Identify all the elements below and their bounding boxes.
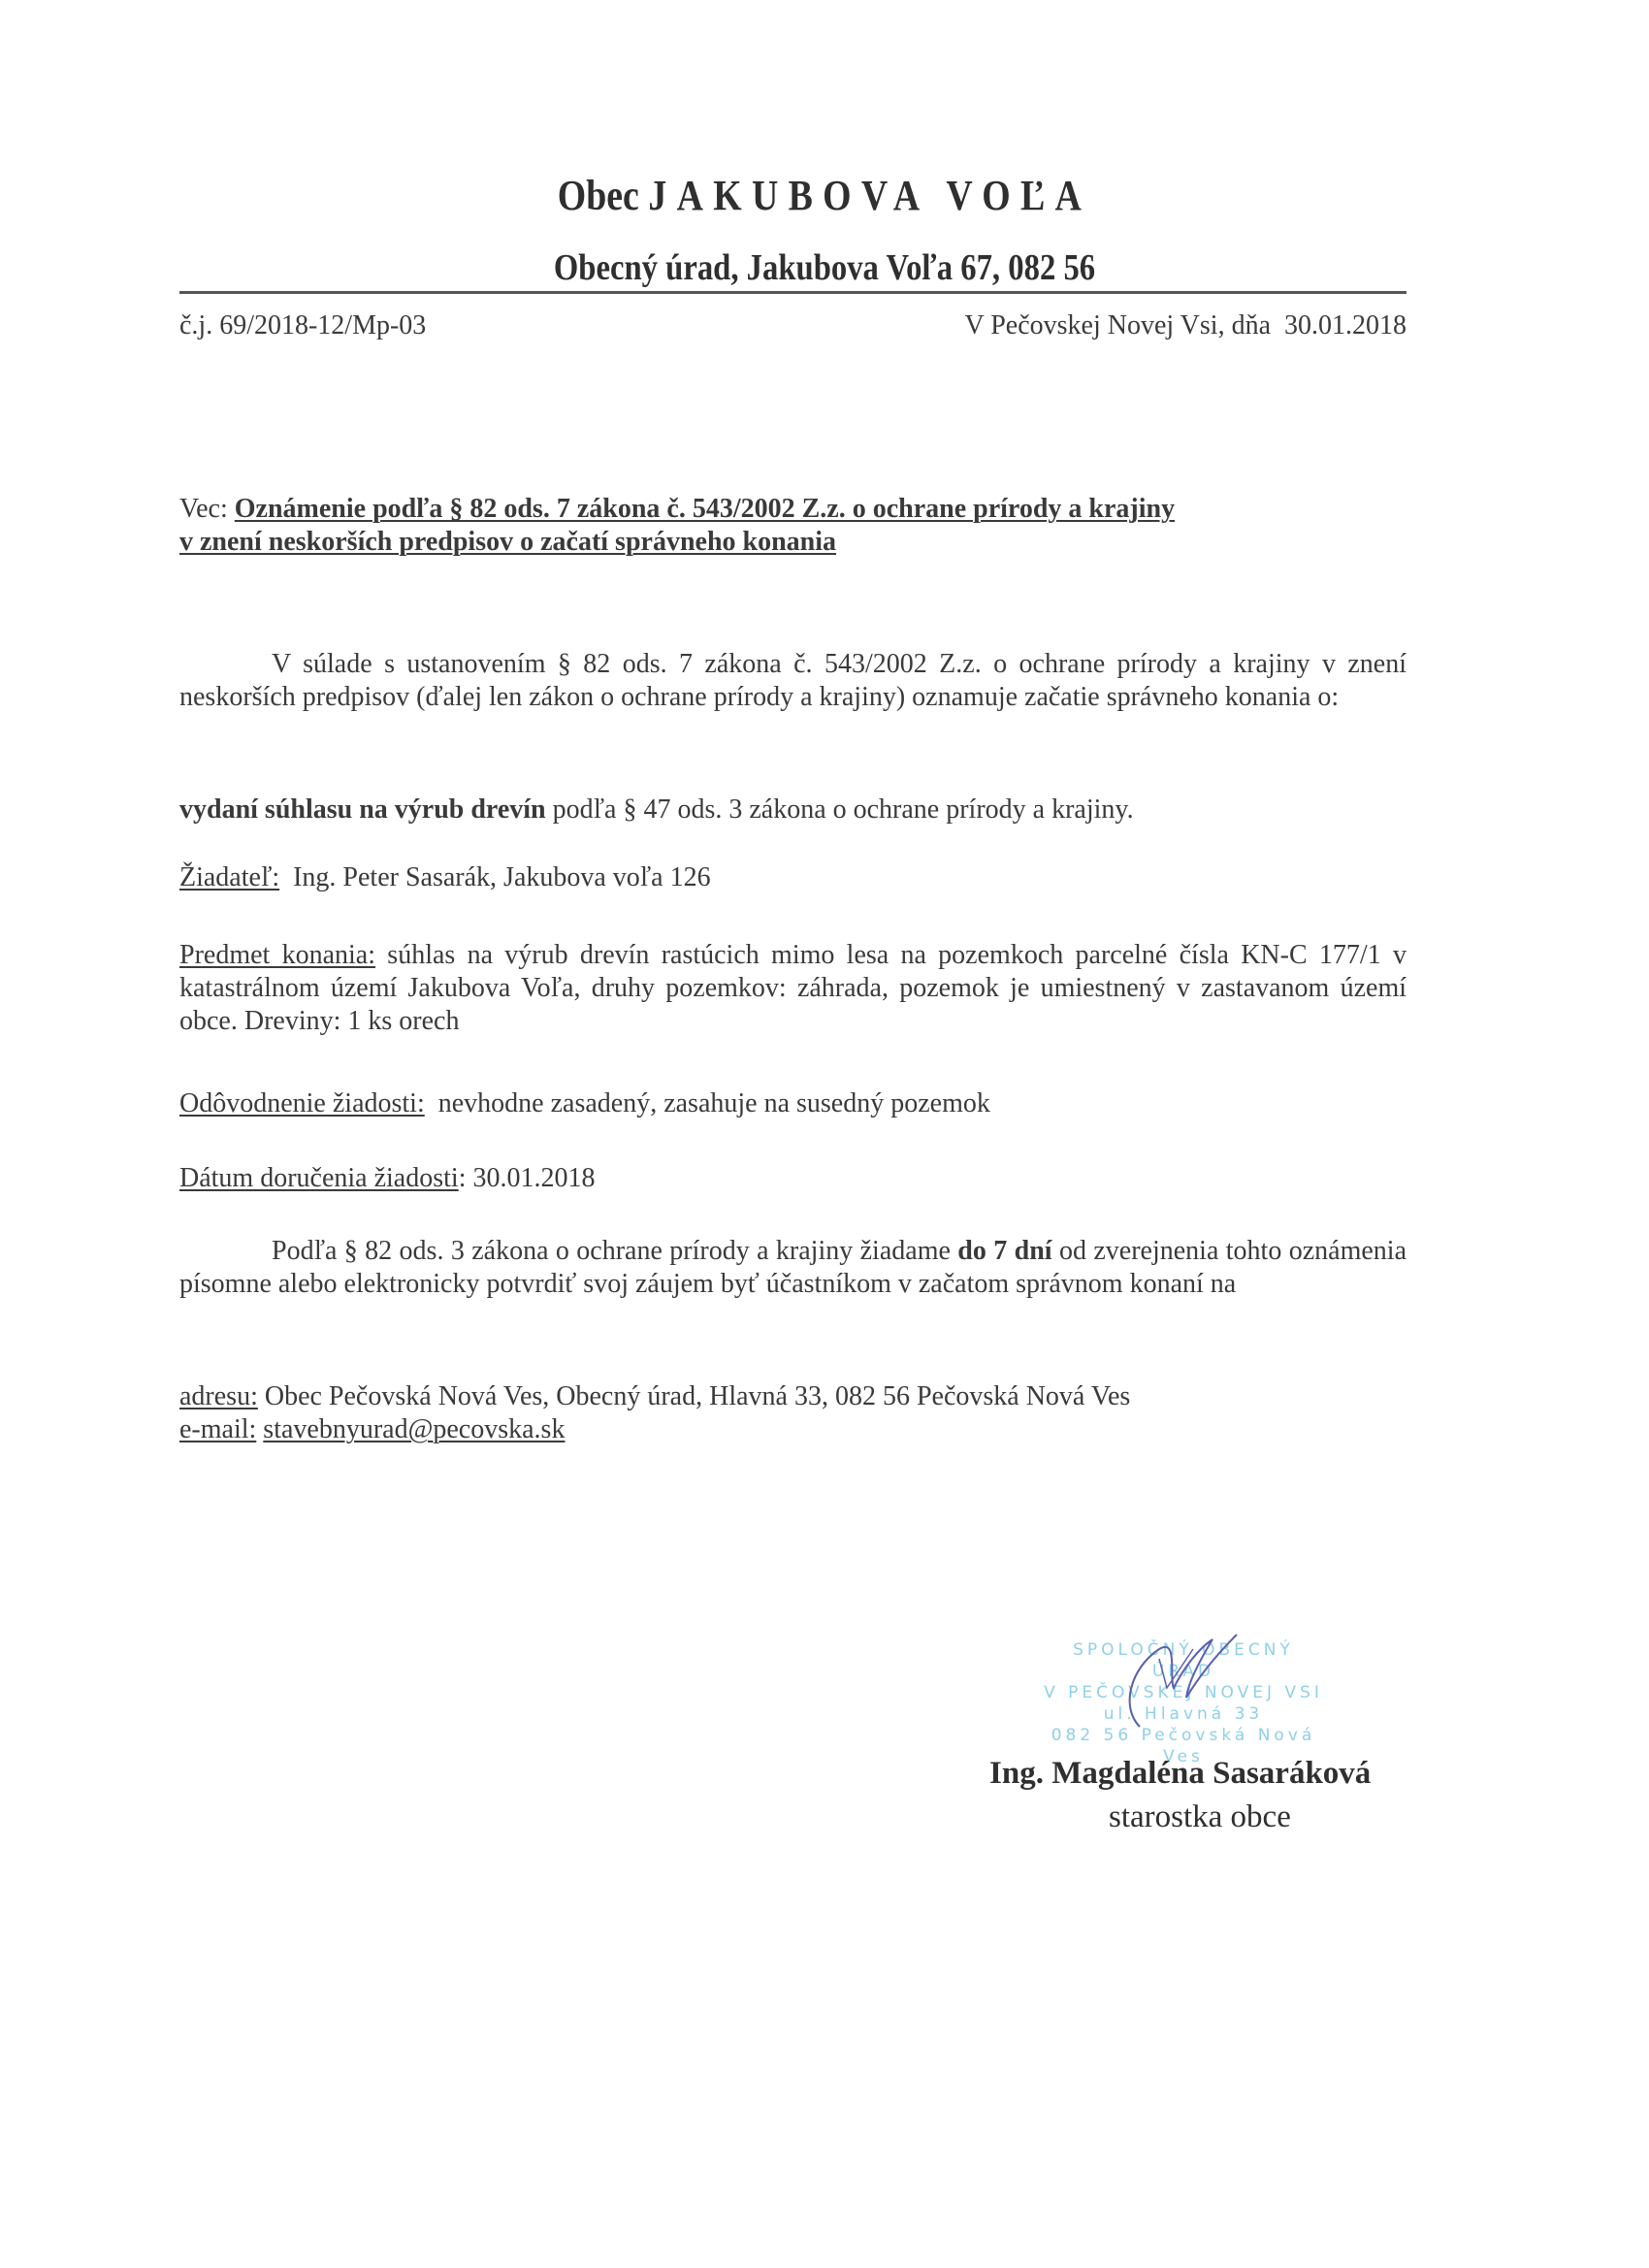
place-date: V Pečovskej Novej Vsi, dňa 30.01.2018 bbox=[965, 310, 1407, 341]
request-before: Podľa § 82 ods. 3 zákona o ochrane príro… bbox=[272, 1236, 957, 1266]
request-deadline: do 7 dní bbox=[957, 1236, 1051, 1266]
email-label: e-mail: bbox=[179, 1414, 256, 1444]
delivery-date-line: Dátum doručenia žiadosti: 30.01.2018 bbox=[179, 1162, 1406, 1195]
subject-block: Vec: Oznámenie podľa § 82 ods. 7 zákona … bbox=[179, 493, 1406, 559]
intro-paragraph: V súlade s ustanovením § 82 ods. 7 zákon… bbox=[179, 648, 1406, 714]
applicant-label: Žiadateľ: bbox=[179, 862, 279, 892]
contact-block: adresu: Obec Pečovská Nová Ves, Obecný ú… bbox=[179, 1380, 1406, 1446]
subject-line-2: v znení neskorších predpisov o začatí sp… bbox=[179, 527, 836, 557]
subject-label: Vec: bbox=[179, 494, 235, 524]
delivery-date-value: : 30.01.2018 bbox=[459, 1163, 596, 1193]
address-label: adresu: bbox=[179, 1381, 258, 1411]
delivery-date-label: Dátum doručenia žiadosti bbox=[179, 1163, 459, 1193]
proceeding-rest: podľa § 47 ods. 3 zákona o ochrane príro… bbox=[546, 794, 1134, 825]
header-divider bbox=[179, 291, 1406, 294]
reference-number: č.j. 69/2018-12/Mp-03 bbox=[179, 310, 426, 341]
justification-value: nevhodne zasadený, zasahuje na susedný p… bbox=[425, 1088, 990, 1118]
applicant-value: Ing. Peter Sasarák, Jakubova voľa 126 bbox=[279, 862, 711, 892]
title-prefix: Obec bbox=[558, 172, 639, 219]
office-address: Obecný úrad, Jakubova Voľa 67, 082 56 bbox=[115, 246, 1534, 289]
subject-of-proceeding-paragraph: Predmet konania: súhlas na výrub drevín … bbox=[179, 939, 1406, 1038]
request-paragraph: Podľa § 82 ods. 3 zákona o ochrane príro… bbox=[179, 1235, 1406, 1301]
title-name: JAKUBOVA VOĽA bbox=[648, 172, 1091, 219]
justification-line: Odôvodnenie žiadosti: nevhodne zasadený,… bbox=[179, 1087, 1406, 1120]
handwritten-signature-icon bbox=[1101, 1630, 1276, 1736]
signatory-role: starostka obce bbox=[1109, 1799, 1291, 1835]
predmet-label: Predmet konania: bbox=[179, 940, 375, 970]
municipality-title: Obec JAKUBOVA VOĽA bbox=[115, 171, 1534, 220]
justification-label: Odôvodnenie žiadosti: bbox=[179, 1088, 425, 1118]
signatory-name: Ing. Magdaléna Sasaráková bbox=[989, 1756, 1371, 1792]
applicant-line: Žiadateľ: Ing. Peter Sasarák, Jakubova v… bbox=[179, 861, 1406, 894]
address-value: Obec Pečovská Nová Ves, Obecný úrad, Hla… bbox=[258, 1381, 1130, 1411]
email-link[interactable]: stavebnyurad@pecovska.sk bbox=[263, 1414, 565, 1444]
proceeding-bold: vydaní súhlasu na výrub drevín bbox=[179, 794, 546, 825]
official-stamp: SPOLOČNÝ OBECNÝ ÚRAD V PEČOVSKEJ NOVEJ V… bbox=[1043, 1639, 1324, 1767]
subject-line-1: Oznámenie podľa § 82 ods. 7 zákona č. 54… bbox=[235, 494, 1175, 524]
proceeding-paragraph: vydaní súhlasu na výrub drevín podľa § 4… bbox=[179, 794, 1406, 826]
